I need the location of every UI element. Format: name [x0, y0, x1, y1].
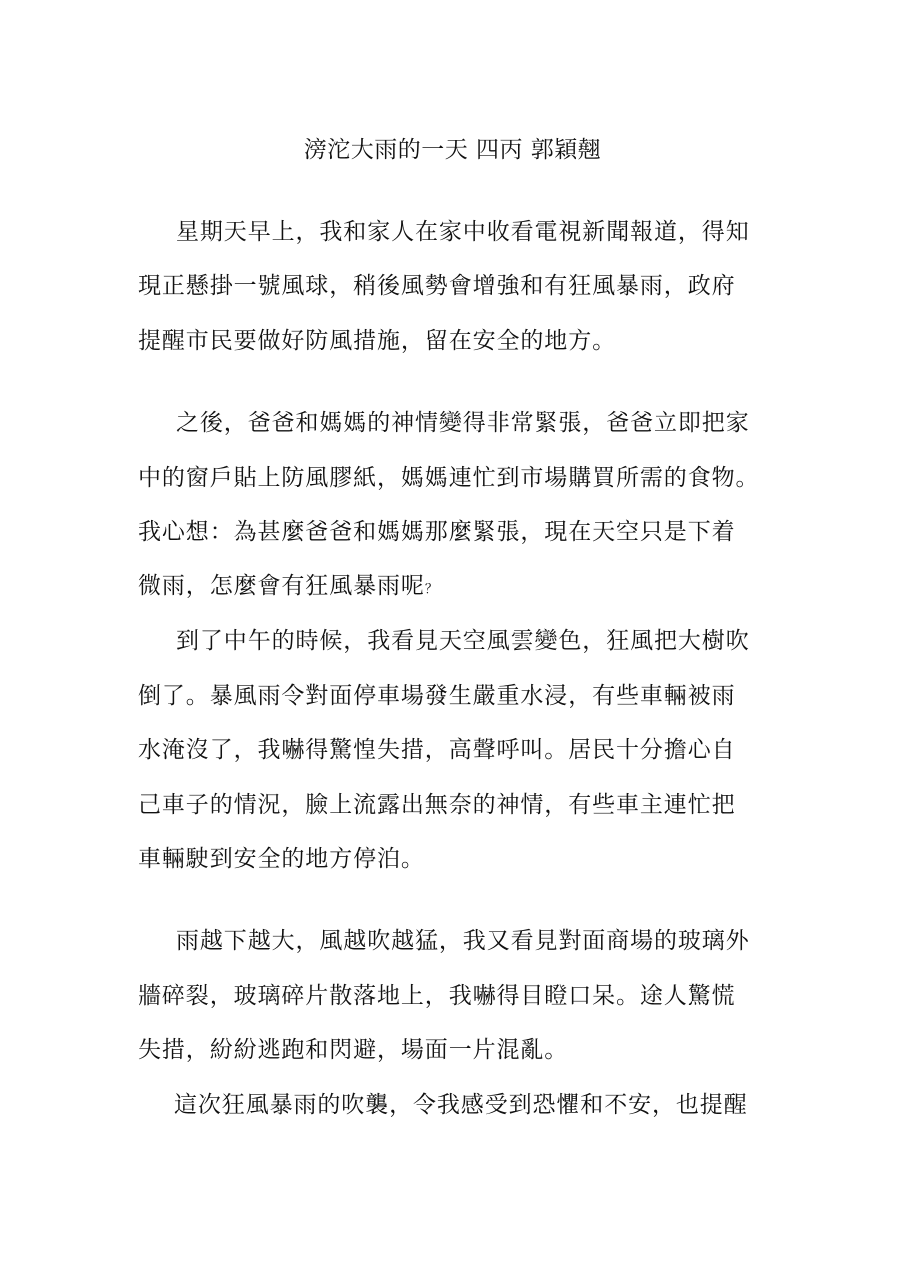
paragraph-line: 之後，爸爸和媽媽的神情變得非常緊張，爸爸立即把家	[176, 407, 750, 439]
paragraph-line: 現正懸掛一號風球，稍後風勢會增強和有狂風暴雨，政府	[138, 270, 736, 302]
paragraph-line: 牆碎裂，玻璃碎片散落地上，我嚇得目瞪口呆。途人驚慌	[138, 980, 736, 1012]
paragraph-line: 己車子的情況，臉上流露出無奈的神情，有些車主連忙把	[138, 789, 736, 821]
paragraph-line: 水淹沒了，我嚇得驚惶失措，高聲呼叫。居民十分擔心自	[138, 734, 736, 766]
paragraph-line: 星期天早上，我和家人在家中收看電視新聞報道，得知	[176, 216, 750, 248]
paragraph-line: 雨越下越大，風越吹越猛，我又看見對面商場的玻璃外	[176, 925, 750, 957]
line-text: 微雨，怎麼會有狂風暴雨呢	[138, 573, 425, 599]
paragraph-line: 失措，紛紛逃跑和閃避，場面一片混亂。	[138, 1034, 568, 1066]
essay-title: 滂沱大雨的一天 四丙 郭穎翹	[0, 134, 905, 166]
paragraph-line: 提醒市民要做好防風措施，留在安全的地方。	[138, 325, 616, 357]
paragraph-line: 到了中午的時候，我看見天空風雲變色，狂風把大樹吹	[176, 625, 750, 657]
paragraph-line: 我心想：為甚麼爸爸和媽媽那麼緊張，現在天空只是下着	[138, 516, 736, 548]
paragraph-line: 車輛駛到安全的地方停泊。	[138, 843, 425, 875]
paragraph-line: 倒了。暴風雨令對面停車場發生嚴重水浸，有些車輛被雨	[138, 680, 736, 712]
document-page: 滂沱大雨的一天 四丙 郭穎翹 星期天早上，我和家人在家中收看電視新聞報道，得知 …	[0, 0, 905, 1280]
paragraph-line: 微雨，怎麼會有狂風暴雨呢？	[138, 570, 439, 606]
question-mark: ？	[425, 582, 439, 597]
paragraph-line: 這次狂風暴雨的吹襲，令我感受到恐懼和不安，也提醒	[174, 1089, 748, 1121]
paragraph-line: 中的窗戶貼上防風膠紙，媽媽連忙到市場購買所需的食物。	[138, 462, 759, 494]
